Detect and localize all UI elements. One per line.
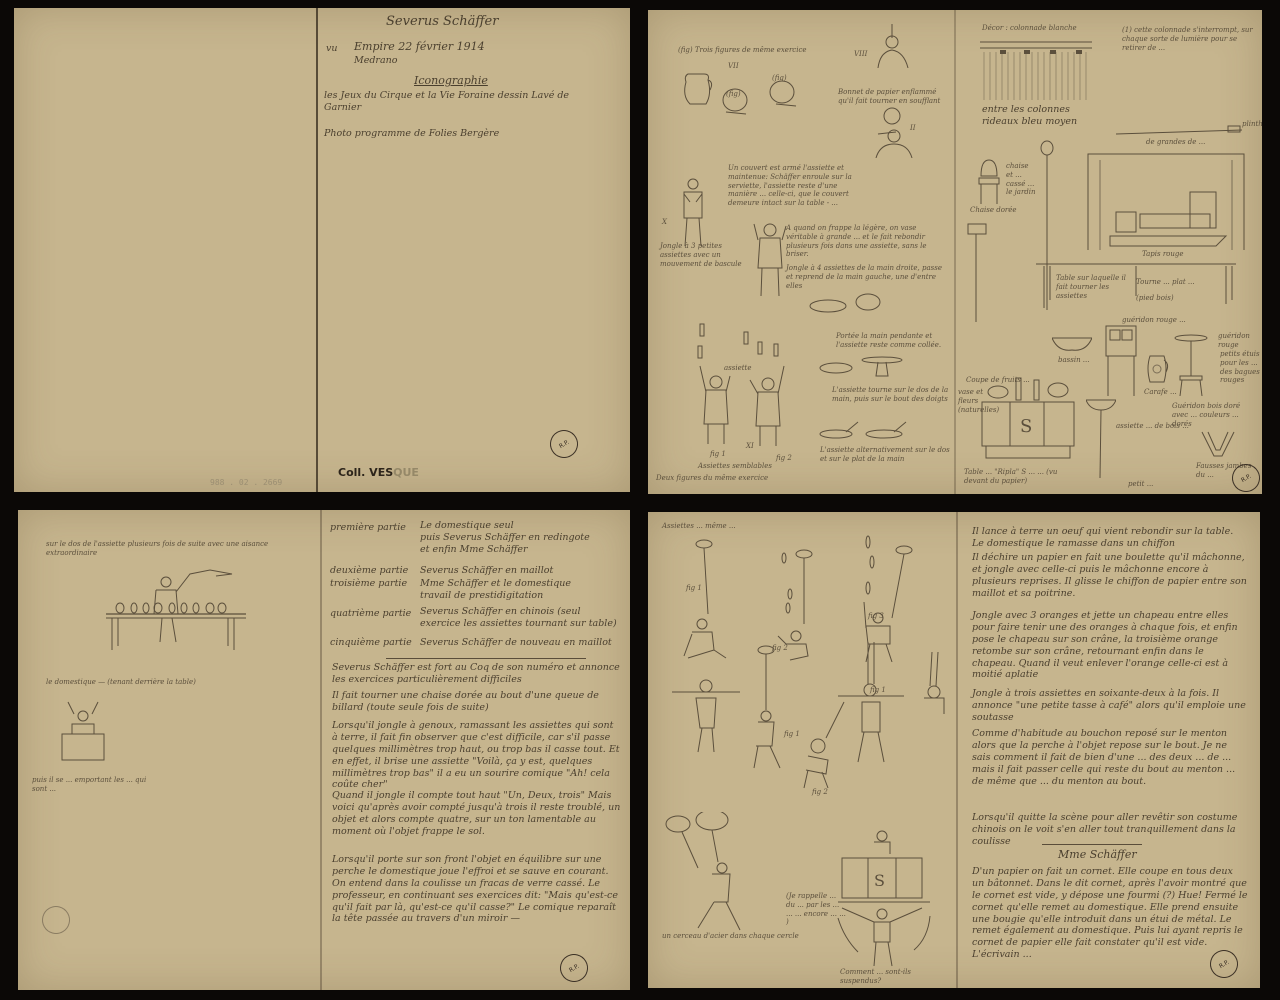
spread-3-right-page: première partie Le domestique seul puis … bbox=[322, 510, 630, 990]
fig-label: fig 1 bbox=[784, 730, 800, 739]
roman-numeral-8: VIII bbox=[854, 50, 867, 59]
buffet-sketch: S bbox=[980, 374, 1076, 460]
caption-plate-hang: Portée la main pendante et l'assiette re… bbox=[836, 332, 950, 350]
roman-numeral-11: XI bbox=[746, 442, 754, 451]
spread-2-right-page: Décor : colonnade blanche (1) cette colo… bbox=[956, 10, 1262, 494]
inventory-number: 988 . 02 . 2669 bbox=[210, 478, 282, 487]
library-seal-stamp: R.P. bbox=[545, 425, 583, 463]
spread-4-right-page: Il lance à terre un oeuf qui vient rebon… bbox=[958, 512, 1260, 988]
juggler-figures-row2-sketch bbox=[658, 642, 948, 792]
caption-chair: Chaise dorée bbox=[970, 206, 1017, 215]
document-title: Severus Schäffer bbox=[386, 14, 498, 30]
divider-line bbox=[1042, 844, 1142, 845]
fig-label: fig 2 bbox=[812, 788, 828, 797]
spread-1-right-page: Severus Schäffer vu Empire 22 février 19… bbox=[318, 8, 630, 492]
caption-bowl: bassin ... bbox=[1058, 356, 1090, 365]
jug-sketch bbox=[680, 68, 716, 108]
caption-stand: guéridon rouge bbox=[1218, 332, 1262, 350]
section-title-mme-schaffer: Mme Schäffer bbox=[1058, 848, 1137, 862]
false-legs-sketch bbox=[1200, 430, 1236, 460]
program-part-content: Le domestique seul puis Severus Schäffer… bbox=[420, 520, 620, 556]
svg-text:S: S bbox=[1020, 416, 1032, 437]
caption-table-right-2: (pied bois) bbox=[1136, 294, 1174, 303]
notes-paragraph: D'un papier on fait un cornet. Elle coup… bbox=[972, 866, 1248, 961]
caption-cabinet: guéridon rouge ... bbox=[1122, 316, 1186, 325]
decor-heading: Décor : colonnade blanche bbox=[982, 24, 1077, 33]
notes-paragraph: Lorsqu'il quitte la scène pour aller rev… bbox=[972, 812, 1248, 848]
program-part-label: cinquième partie bbox=[330, 637, 412, 649]
program-part-label: deuxième partie bbox=[330, 565, 408, 577]
caption-hands: Jongle à 4 assiettes de la main droite, … bbox=[786, 264, 950, 290]
label-plinth: plinth bbox=[1242, 120, 1263, 129]
plate-on-stick-sketch bbox=[1086, 398, 1116, 478]
program-part-content: Mme Schäffer et le domestique travail de… bbox=[420, 578, 620, 602]
rod-sketch bbox=[1116, 124, 1242, 136]
plates-sketch bbox=[808, 292, 888, 316]
sketch-heading: Assiettes ... même ... bbox=[662, 522, 736, 531]
spread-3-left-page: sur le dos de l'assiette plusieurs fois … bbox=[18, 510, 320, 990]
caption-bottom-small: petit ... bbox=[1128, 480, 1153, 489]
caption-columns: entre les colonnes rideaux bleu moyen bbox=[982, 104, 1077, 128]
notes-paragraph: Jongle à trois assiettes en soixante-deu… bbox=[972, 688, 1248, 724]
spread-1: 988 . 02 . 2669 Severus Schäffer vu Empi… bbox=[14, 8, 630, 492]
jug-sketch bbox=[1144, 352, 1170, 386]
caption-plate-spin: L'assiette tourne sur le dos de la main,… bbox=[832, 386, 950, 404]
caption-juggle-three: Jongle à 3 petites assiettes avec un mou… bbox=[660, 242, 750, 268]
sketch-heading: (fig) Trois figures de même exercice bbox=[678, 46, 807, 55]
chair-sketch bbox=[978, 158, 1000, 204]
fig-label: fig 1 bbox=[686, 584, 702, 593]
caption-rod: de grandes de ... bbox=[1146, 138, 1205, 147]
roman-numeral-10: X bbox=[662, 218, 667, 227]
notes-paragraph: Jongle avec 3 oranges et jette un chapea… bbox=[972, 610, 1248, 681]
notes-paragraph: Il fait tourner une chaise dorée au bout… bbox=[332, 690, 622, 714]
fig-2-label: fig 2 bbox=[776, 454, 792, 463]
pedestal-sketch bbox=[1174, 334, 1208, 398]
caption-hoops: un cerceau d'acier dans chaque cercle bbox=[662, 932, 799, 941]
venue-medrano: Medrano bbox=[354, 55, 397, 67]
faint-seal-stamp bbox=[37, 901, 75, 939]
caption-vase: A quand on frappe la légère, on vase vér… bbox=[786, 224, 950, 259]
caption-cover: Un couvert est armé l'assiette et mainte… bbox=[728, 164, 858, 208]
man-juggling-coat-sketch bbox=[752, 216, 788, 300]
library-seal-stamp: R.P. bbox=[555, 949, 593, 987]
man-at-table-sketch bbox=[106, 566, 254, 652]
man-balancing-head-sketch bbox=[872, 24, 912, 68]
program-part-content: Severus Schäffer en chinois (seul exerci… bbox=[420, 606, 624, 630]
bowl-sketch bbox=[1052, 336, 1092, 352]
iconography-source: les Jeux du Cirque et la Vie Foraine des… bbox=[324, 90, 594, 114]
caption-similar-plates: Assiettes semblables bbox=[698, 462, 772, 471]
man-balancing-nose-sketch bbox=[870, 106, 916, 158]
spread-2: (fig) Trois figures de même exercice VII… bbox=[648, 10, 1262, 494]
caption-table-right: Tourne ... plat ... bbox=[1136, 278, 1195, 287]
divider-line bbox=[386, 658, 586, 659]
colonnade-sketch bbox=[980, 38, 1092, 102]
caption-spinning-table: Table sur laquelle il fait tourner les a… bbox=[1056, 274, 1126, 300]
caption-buffet: Table ... "Ripla" S ... ... (vu devant d… bbox=[964, 468, 1074, 486]
venue-date-line: Empire 22 février 1914 bbox=[354, 40, 485, 54]
caption-carpet: Tapis rouge bbox=[1142, 250, 1184, 259]
notes-paragraph: Severus Schäffer est fort au Coq de son … bbox=[332, 662, 622, 686]
caption-top: sur le dos de l'assiette plusieurs fois … bbox=[46, 540, 296, 558]
cabinet-sketch bbox=[1104, 324, 1138, 396]
stage-sketch bbox=[1086, 150, 1246, 250]
spread-1-left-page: 988 . 02 . 2669 bbox=[14, 8, 316, 492]
program-part-label: troisième partie bbox=[330, 578, 407, 590]
spread-4-left-page: Assiettes ... même ... fig 1 fig 2 fig 3… bbox=[648, 512, 956, 988]
notes-paragraph: Il lance à terre un oeuf qui vient rebon… bbox=[972, 526, 1248, 550]
iconography-heading: Iconographie bbox=[414, 74, 488, 88]
line1-prefix: vu bbox=[326, 43, 338, 55]
plate-alternating-sketch bbox=[818, 420, 908, 442]
hammer-pole-sketch bbox=[966, 222, 996, 322]
caption-alternating: L'assiette alternativement sur le dos et… bbox=[820, 446, 950, 464]
fig-label: fig 3 bbox=[868, 612, 884, 621]
notes-paragraph: Comme d'habitude au bouchon reposé sur l… bbox=[972, 728, 1248, 787]
plate-head-sketch bbox=[766, 78, 800, 112]
plate-head-sketch bbox=[718, 86, 752, 120]
boy-in-box-sketch bbox=[58, 700, 108, 762]
two-men-juggling-sketch bbox=[688, 320, 798, 450]
plate-on-hand-sketch bbox=[818, 352, 908, 378]
fig-1-label: fig 1 bbox=[710, 450, 726, 459]
caption-servant: le domestique — (tenant derrière la tabl… bbox=[46, 678, 196, 687]
spread-3: sur le dos de l'assiette plusieurs fois … bbox=[18, 510, 630, 990]
photo-program-line: Photo programme de Folies Bergère bbox=[324, 128, 499, 140]
man-juggling-standing-sketch bbox=[678, 178, 708, 248]
hoop-juggler-sketch bbox=[662, 812, 762, 932]
notes-paragraph: Lorsqu'il jongle à genoux, ramassant les… bbox=[332, 720, 622, 791]
decor-note: (1) cette colonnade s'interrompt, sur ch… bbox=[1122, 26, 1258, 52]
program-part-content: Severus Schäffer de nouveau en maillot bbox=[420, 637, 624, 649]
caption-plate-stick: assiette ... de bois ... bbox=[1116, 422, 1196, 431]
fig-label: fig 1 bbox=[870, 686, 886, 695]
spread-4: Assiettes ... même ... fig 1 fig 2 fig 3… bbox=[648, 512, 1260, 988]
roman-numeral-7: VII bbox=[728, 62, 739, 71]
caption-chair-side: chaise et ... cassé ... le jardin bbox=[1006, 162, 1036, 197]
caption-suspended: Comment ... sont-ils suspendus? bbox=[840, 968, 950, 986]
caption-stand-side: petits étuis pour les ... des bagues rou… bbox=[1220, 350, 1260, 385]
program-part-content: Severus Schäffer en maillot bbox=[420, 565, 620, 577]
notes-paragraph: Lorsqu'il porte sur son front l'objet en… bbox=[332, 854, 622, 925]
strongman-buffet-sketch: S bbox=[834, 828, 944, 968]
svg-text:S: S bbox=[874, 871, 885, 890]
notes-paragraph: Il déchire un papier en fait une boulett… bbox=[972, 552, 1248, 600]
caption-two-figures: Deux figures du même exercice bbox=[656, 474, 768, 483]
program-part-label: première partie bbox=[330, 522, 406, 534]
caption-paper-cone: Bonnet de papier enflammé qu'il fait tou… bbox=[838, 88, 948, 106]
caption-jug: Carafe ... bbox=[1144, 388, 1177, 397]
caption-box: puis il se ... emportant les ... qui son… bbox=[32, 776, 152, 794]
notes-paragraph: Quand il jongle il compte tout haut "Un,… bbox=[332, 790, 622, 838]
label-plate: assiette bbox=[724, 364, 752, 373]
collection-stamp: Coll. VESQUE bbox=[338, 466, 419, 479]
program-part-label: quatrième partie bbox=[330, 608, 411, 620]
spread-2-left-page: (fig) Trois figures de même exercice VII… bbox=[648, 10, 954, 494]
